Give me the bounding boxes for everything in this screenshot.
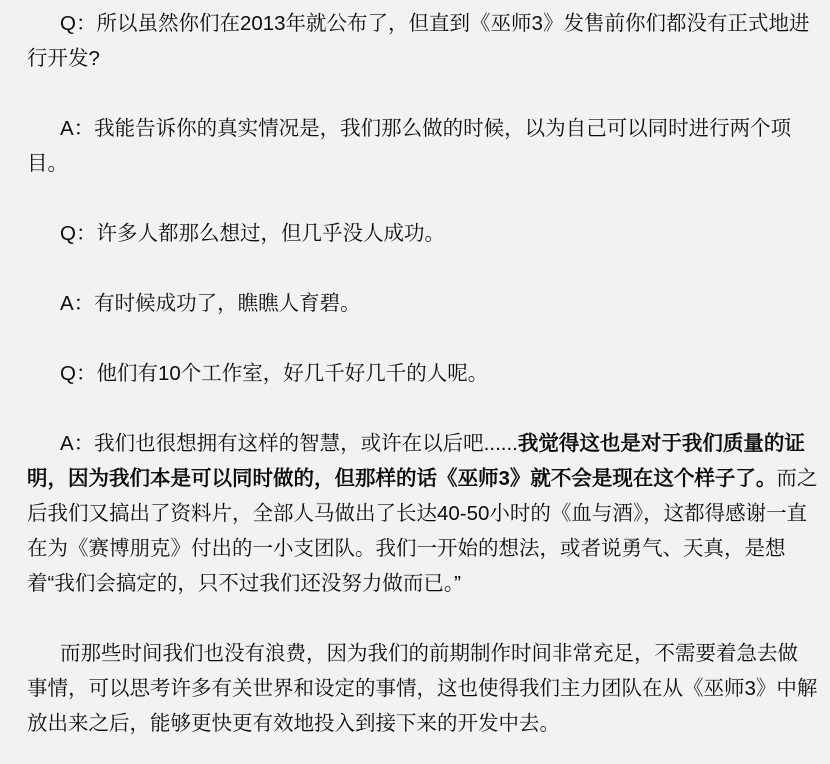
body-text: A：我能告诉你的真实情况是，我们那么做的时候，以为自己可以同时进行两个项目。 (27, 117, 791, 175)
paragraph-answer: A：有时候成功了，瞧瞧人育碧。 (27, 286, 818, 321)
paragraph-answer: A：我们也很想拥有这样的智慧，或许在以后吧......我觉得这也是对于我们质量的… (27, 426, 818, 601)
interview-transcript: Q：所以虽然你们在2013年就公布了，但直到《巫师3》发售前你们都没有正式地进行… (0, 0, 830, 764)
body-text: Q：许多人都那么想过，但几乎没人成功。 (60, 222, 445, 245)
body-text: A：我们也很想拥有这样的智慧，或许在以后吧...... (60, 432, 518, 455)
body-text: Q：所以虽然你们在2013年就公布了，但直到《巫师3》发售前你们都没有正式地进行… (27, 12, 809, 70)
paragraph-question: Q：他们有10个工作室，好几千好几千的人呢。 (27, 356, 818, 391)
body-text: 而那些时间我们也没有浪费，因为我们的前期制作时间非常充足，不需要着急去做事情，可… (27, 642, 817, 735)
paragraph-answer: A：我能告诉你的真实情况是，我们那么做的时候，以为自己可以同时进行两个项目。 (27, 111, 818, 181)
paragraph-question: Q：所以虽然你们在2013年就公布了，但直到《巫师3》发售前你们都没有正式地进行… (27, 6, 818, 76)
paragraph-answer-continued: 而那些时间我们也没有浪费，因为我们的前期制作时间非常充足，不需要着急去做事情，可… (27, 636, 818, 741)
body-text: Q：他们有10个工作室，好几千好几千的人呢。 (60, 362, 488, 385)
paragraph-question: Q：许多人都那么想过，但几乎没人成功。 (27, 216, 818, 251)
body-text: A：有时候成功了，瞧瞧人育碧。 (60, 292, 361, 315)
